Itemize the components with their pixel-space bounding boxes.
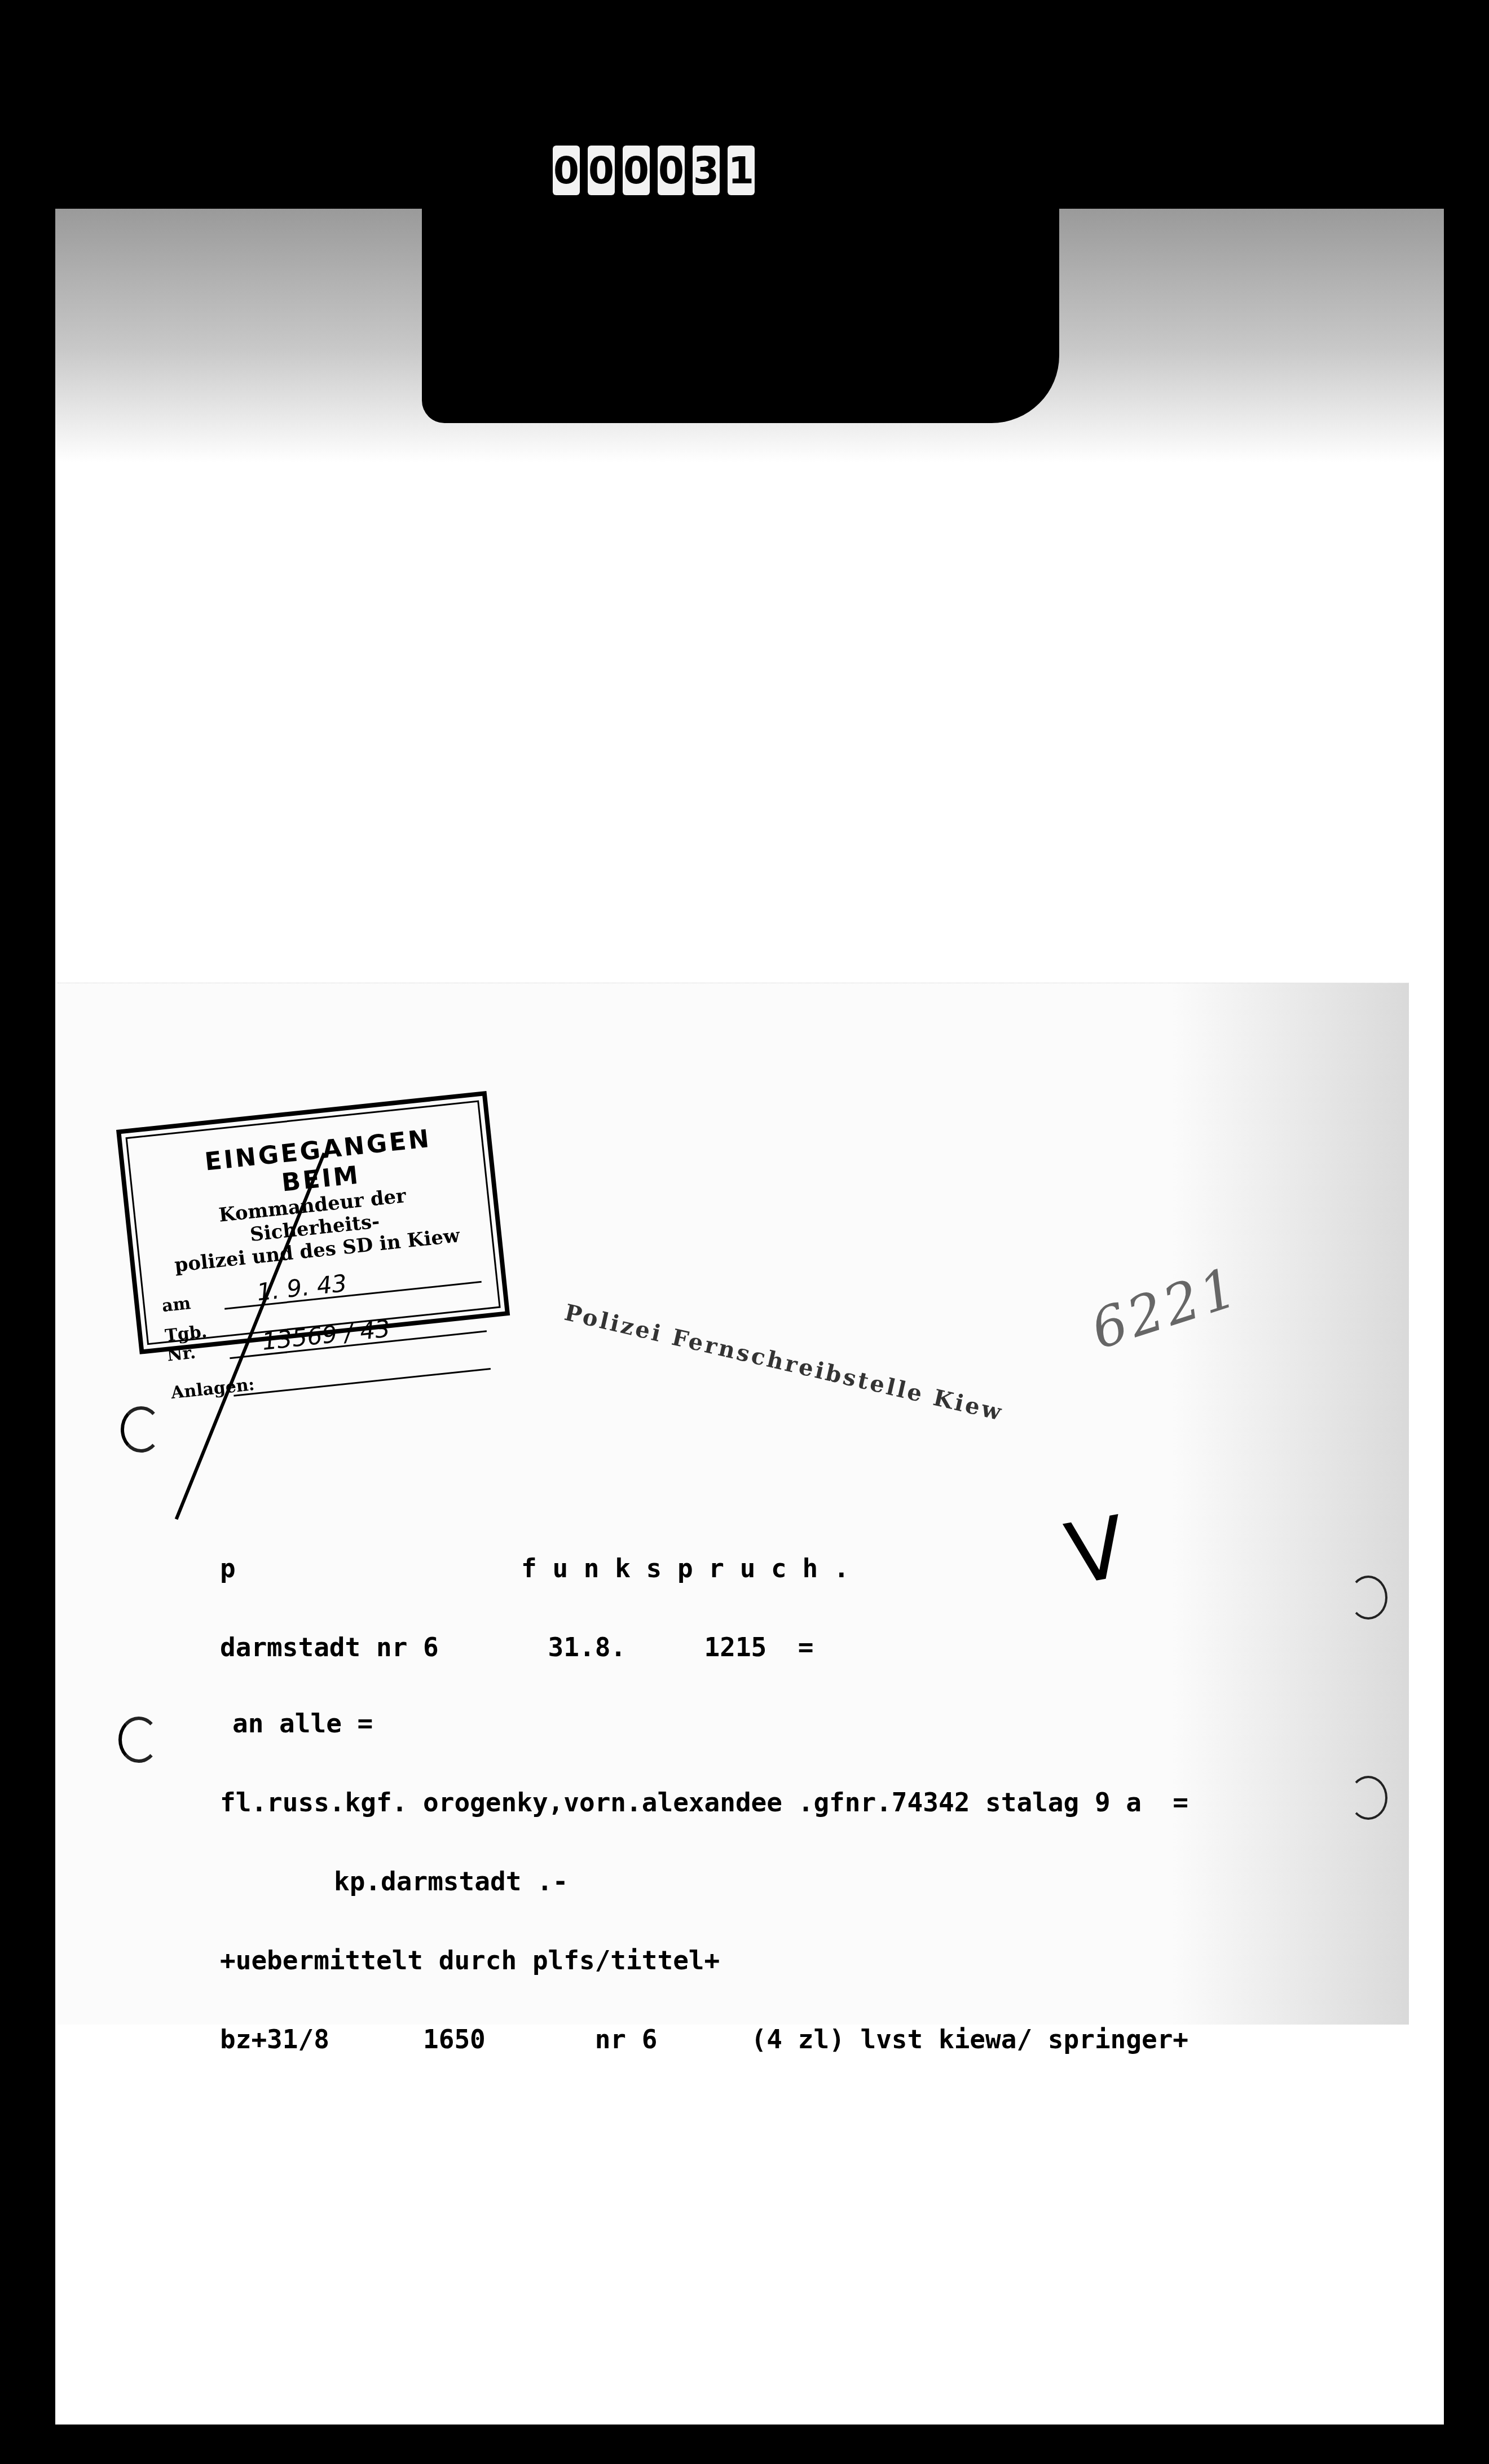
frame-digit: 3: [693, 146, 720, 195]
teletype-slip: EINGEGANGEN BEIM Kommandeur der Sicherhe…: [58, 983, 1409, 2025]
paper-clip-tab: [1014, 197, 1059, 333]
diagonal-stamp: Polizei Fernschreibstelle Kiew: [562, 1299, 1006, 1426]
teletype-footer-line: bz+31/8 1650 nr 6 (4 zl) lvst kiewa/ spr…: [220, 2024, 1188, 2054]
teletype-via-line: +uebermittelt durch plfs/tittel+: [220, 1945, 720, 1975]
stamp-journal-label: Tgb. Nr.: [164, 1320, 230, 1366]
punch-hole-icon: [121, 1406, 161, 1453]
frame-digit: 0: [553, 146, 580, 195]
frame-number: 0 0 0 0 3 1: [553, 146, 755, 195]
teletype-body-line: fl.russ.kgf. orogenky,vorn.alexandee .gf…: [220, 1787, 1188, 1818]
teletype-recipient-line: an alle =: [232, 1708, 373, 1739]
frame-digit: 0: [658, 146, 685, 195]
frame-digit: 0: [623, 146, 650, 195]
teletype-heading: f u n k s p r u c h .: [521, 1553, 849, 1583]
paper-clip-shadow: [422, 197, 1059, 423]
punch-hole-icon: [1349, 1576, 1387, 1620]
teletype-kp-line: kp.darmstadt .-: [334, 1866, 568, 1897]
punch-hole-icon: [118, 1717, 159, 1763]
document-page: EINGEGANGEN BEIM Kommandeur der Sicherhe…: [55, 209, 1444, 2425]
received-stamp: EINGEGANGEN BEIM Kommandeur der Sicherhe…: [116, 1091, 510, 1354]
teletype-prefix: p: [220, 1553, 236, 1583]
stamp-date-label: am: [161, 1290, 224, 1316]
handwritten-check-mark: V: [1059, 1498, 1133, 1604]
teletype-origin-line: darmstadt nr 6 31.8. 1215 =: [220, 1632, 813, 1662]
slip-shading: [1172, 983, 1409, 2025]
frame-digit: 0: [588, 146, 615, 195]
punch-hole-icon: [1349, 1776, 1387, 1820]
frame-digit: 1: [728, 146, 755, 195]
